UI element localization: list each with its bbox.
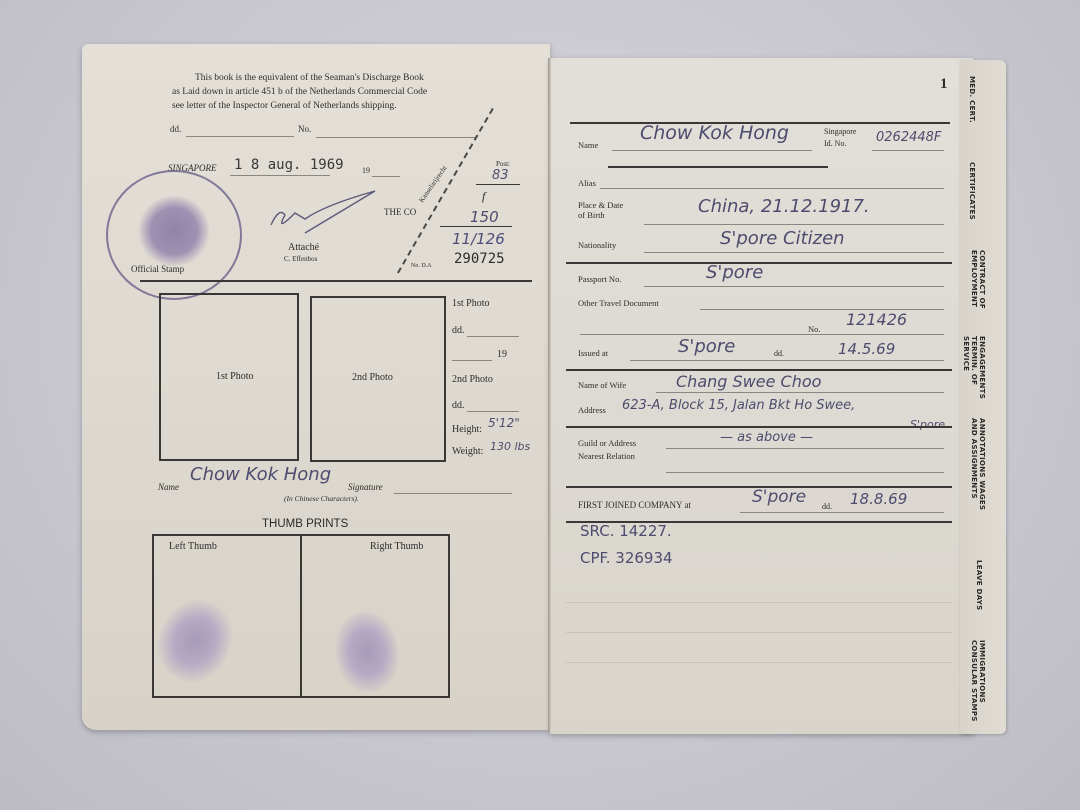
tab-contract-of-employment[interactable]: CONTRACT OF EMPLOYMENT (968, 250, 986, 312)
header-line-2: as Laid down in article 451 b of the Net… (172, 85, 555, 99)
singapore-id-value: 0262448F (876, 130, 941, 145)
first-joined-dd-label: dd. (822, 502, 832, 511)
no-label: No. (298, 124, 311, 134)
wife-value: Chang Swee Choo (676, 372, 821, 391)
signature-note: (In Chinese Characters). (284, 494, 359, 503)
height-value: 5'12" (488, 416, 520, 430)
no-da-label: No. D.A (411, 263, 432, 269)
tab-immigrations-consular-stamps[interactable]: IMMIGRATIONS CONSULAR STAMPS (968, 640, 986, 730)
cpf-note: CPF. 326934 (580, 549, 673, 567)
rp-name-value: Chow Kok Hong (640, 122, 789, 144)
weight-label: Weight: (452, 446, 483, 457)
currency-symbol: f (482, 189, 485, 204)
attache-name: C. Effenbos (284, 255, 317, 263)
signature-label: Signature (348, 482, 383, 492)
tab-engagements-termin-of-service[interactable]: ENGAGEMENTS TERMIN. OF SERVICE (968, 336, 986, 410)
passport-value: S'pore (706, 262, 763, 283)
dd-label: dd. (170, 124, 181, 134)
fee-value: 150 (470, 208, 499, 226)
first-joined-dd-value: 18.8.69 (850, 490, 907, 508)
pob-label-2: of Birth (578, 210, 605, 220)
doc-no-value: 121426 (846, 310, 907, 329)
name-value: Chow Kok Hong (190, 464, 331, 485)
second-photo-dd: dd. (452, 400, 465, 411)
right-thumb-label: Right Thumb (370, 541, 423, 552)
address-label: Address (578, 405, 606, 415)
issued-dd-value: 14.5.69 (838, 340, 895, 358)
consul-signature-icon (265, 185, 380, 240)
header-text: This book is the equivalent of the Seama… (195, 71, 555, 113)
wife-label: Name of Wife (578, 380, 626, 390)
nationality-value: S'pore Citizen (720, 228, 845, 249)
coat-of-arms-icon (136, 196, 212, 266)
second-photo-side-label: 2nd Photo (452, 374, 493, 385)
alias-label: Alias (578, 178, 596, 188)
thumb-prints-title: THUMB PRINTS (262, 518, 348, 530)
pob-label-1: Place & Date (578, 200, 623, 210)
issued-at-value: S'pore (678, 336, 735, 357)
name-label: Name (158, 482, 179, 492)
post-value: 83 (492, 168, 509, 183)
first-photo-year: 19 (497, 349, 507, 360)
first-photo-side-label: 1st Photo (452, 298, 490, 309)
singapore-id-label-2: Id. No. (824, 139, 846, 148)
nearest-relation-label: Nearest Relation (578, 451, 635, 461)
pob-value: China, 21.12.1917. (698, 196, 870, 217)
year-prefix: 19 (362, 166, 370, 175)
post-label: Post: (496, 160, 510, 168)
left-thumb-label: Left Thumb (169, 541, 217, 552)
passport-label: Passport No. (578, 274, 621, 284)
address-value-2: S'pore (910, 418, 945, 431)
doc-no-label: No. (808, 324, 821, 334)
attache-label: Attaché (288, 242, 319, 253)
first-photo-dd: dd. (452, 325, 465, 336)
first-joined-value: S'pore (752, 487, 806, 507)
the-consul-label: THE CO (384, 207, 416, 217)
guild-value: — as above — (720, 430, 813, 445)
tab-certificates[interactable]: CERTIFICATES (968, 162, 976, 220)
fee-ref: 11/126 (452, 230, 505, 248)
other-travel-doc-label: Other Travel Document (578, 298, 659, 308)
header-line-3: see letter of the Inspector General of N… (172, 99, 555, 113)
book-spine (548, 58, 551, 730)
src-note: SRC. 14227. (580, 522, 672, 540)
no-da-value: 290725 (454, 251, 505, 267)
first-photo-label: 1st Photo (216, 371, 254, 382)
guild-label: Guild or Address (578, 438, 636, 448)
first-joined-label: FIRST JOINED COMPANY at (578, 500, 691, 510)
header-line-1: This book is the equivalent of the Seama… (195, 71, 555, 85)
weight-value: 130 lbs (490, 440, 530, 453)
address-value: 623-A, Block 15, Jalan Bkt Ho Swee, (622, 398, 855, 413)
issued-dd-label: dd. (774, 349, 784, 358)
singapore-id-label-1: Singapore (824, 127, 856, 136)
tab-annotations-wages[interactable]: ANNOTATIONS WAGES AND ASSIGNMENTS (968, 418, 986, 514)
issued-at-label: Issued at (578, 348, 608, 358)
date-stamp: 1 8 aug. 1969 (234, 157, 344, 173)
nationality-label: Nationality (578, 240, 616, 250)
tab-leave-days[interactable]: LEAVE DAYS (975, 560, 983, 611)
tab-med-cert[interactable]: MED. CERT. (968, 76, 976, 123)
rp-name-label: Name (578, 140, 598, 150)
second-photo-label: 2nd Photo (352, 372, 393, 383)
height-label: Height: (452, 424, 482, 435)
page-number: 1 (940, 76, 948, 93)
official-stamp-label: Official Stamp (131, 264, 184, 274)
